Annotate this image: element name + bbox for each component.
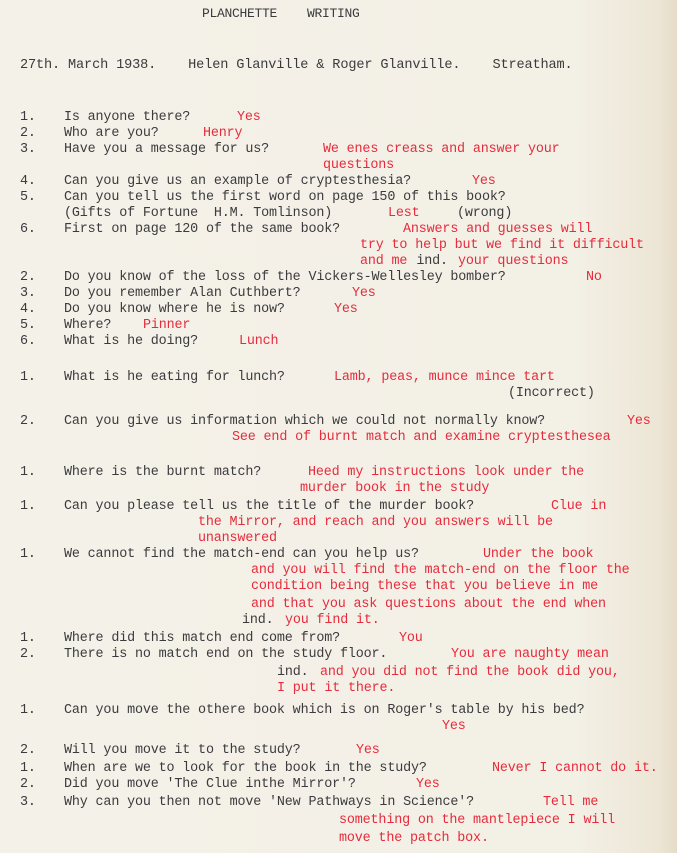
answer-text: Yes [356, 743, 380, 759]
page-title: PLANCHETTE WRITING [202, 6, 360, 22]
question-text: Is anyone there? [64, 110, 190, 126]
question-number: 3. [20, 142, 36, 158]
question-number: 1. [20, 703, 36, 719]
question-number: 2. [20, 777, 36, 793]
annotation-text: (Incorrect) [508, 386, 595, 402]
indecipherable-mark: ind. [416, 254, 448, 270]
session-date: 27th. March 1938. [20, 58, 156, 73]
typewritten-page: PLANCHETTE WRITING 27th. March 1938. Hel… [0, 0, 677, 853]
answer-text: your questions [458, 254, 568, 270]
answer-text: Yes [334, 302, 358, 318]
question-number: 1. [20, 465, 36, 481]
answer-text: condition being these that you believe i… [251, 579, 598, 595]
question-text: We cannot find the match-end can you hel… [64, 547, 419, 563]
answer-text: murder book in the study [300, 481, 489, 497]
question-text: Do you remember Alan Cuthbert? [64, 286, 301, 302]
question-number: 3. [20, 795, 36, 811]
question-text: Can you give us information which we cou… [64, 414, 545, 430]
answer-text: you find it. [285, 613, 380, 629]
answer-text: Heed my instructions look under the [308, 465, 584, 481]
indecipherable-mark: ind. [242, 613, 274, 629]
question-number: 1. [20, 761, 36, 777]
indecipherable-mark: ind. [277, 665, 309, 681]
answer-text: Lest [388, 206, 420, 222]
question-text: Do you know of the loss of the Vickers-W… [64, 270, 506, 286]
answer-text: Never I cannot do it. [492, 761, 658, 777]
answer-text: Yes [627, 414, 651, 430]
answer-text: Under the book [483, 547, 593, 563]
answer-text: unanswered [198, 531, 277, 547]
question-number: 4. [20, 174, 36, 190]
question-text: (Gifts of Fortune H.M. Tomlinson) [64, 206, 332, 222]
answer-text: Lunch [239, 334, 278, 350]
answer-text: Lamb, peas, munce mince tart [334, 370, 555, 386]
answer-text: and you will find the match-end on the f… [251, 563, 630, 579]
question-text: What is he doing? [64, 334, 198, 350]
question-number: 1. [20, 631, 36, 647]
answer-text: the Mirror, and reach and you answers wi… [198, 515, 553, 531]
question-number: 2. [20, 743, 36, 759]
question-text: Do you know where he is now? [64, 302, 285, 318]
answer-text: Tell me [543, 795, 598, 811]
answer-text: You [399, 631, 423, 647]
answer-text: I put it there. [277, 681, 395, 697]
question-number: 6. [20, 334, 36, 350]
answer-text: and that you ask questions about the end… [251, 597, 606, 613]
question-number: 5. [20, 190, 36, 206]
question-number: 2. [20, 126, 36, 142]
answer-text: Henry [203, 126, 242, 142]
answer-text: questions [323, 158, 394, 174]
question-text: Where did this match end come from? [64, 631, 340, 647]
question-number: 2. [20, 414, 36, 430]
question-number: 1. [20, 499, 36, 515]
answer-text: and me [360, 254, 415, 270]
question-text: There is no match end on the study floor… [64, 647, 387, 663]
session-place: Streatham. [492, 58, 572, 73]
annotation-text: (wrong) [457, 206, 512, 222]
question-text: What is he eating for lunch? [64, 370, 285, 386]
answer-text: See end of burnt match and examine crypt… [232, 430, 611, 446]
session-participants: Helen Glanville & Roger Glanville. [188, 58, 460, 73]
question-text: Where is the burnt match? [64, 465, 261, 481]
question-text: Can you tell us the first word on page 1… [64, 190, 506, 206]
answer-text: Pinner [143, 318, 190, 334]
question-text: Have you a message for us? [64, 142, 269, 158]
question-number: 1. [20, 370, 36, 386]
question-number: 6. [20, 222, 36, 238]
session-header: 27th. March 1938. Helen Glanville & Roge… [20, 58, 573, 74]
question-text: Where? [64, 318, 111, 334]
answer-text: move the patch box. [339, 831, 489, 847]
answer-text: something on the mantlepiece I will [339, 813, 615, 829]
answer-text: Clue in [551, 499, 606, 515]
question-text: Did you move 'The Clue inthe Mirror'? [64, 777, 356, 793]
question-number: 5. [20, 318, 36, 334]
answer-text: Yes [472, 174, 496, 190]
answer-text: try to help but we find it difficult [360, 238, 644, 254]
question-text: Who are you? [64, 126, 159, 142]
answer-text: Answers and guesses will [403, 222, 592, 238]
question-text: When are we to look for the book in the … [64, 761, 427, 777]
question-text: Can you move the othere book which is on… [64, 703, 584, 719]
question-number: 1. [20, 547, 36, 563]
answer-text: We enes creass and answer your [323, 142, 560, 158]
question-number: 2. [20, 647, 36, 663]
question-text: First on page 120 of the same book? [64, 222, 340, 238]
question-text: Can you give us an example of cryptesthe… [64, 174, 411, 190]
answer-text: Yes [352, 286, 376, 302]
answer-text: and you did not find the book did you, [320, 665, 620, 681]
answer-text: Yes [442, 719, 466, 735]
question-number: 4. [20, 302, 36, 318]
question-text: Can you please tell us the title of the … [64, 499, 474, 515]
question-number: 1. [20, 110, 36, 126]
question-text: Why can you then not move 'New Pathways … [64, 795, 474, 811]
question-text: Will you move it to the study? [64, 743, 301, 759]
question-number: 2. [20, 270, 36, 286]
answer-text: Yes [416, 777, 440, 793]
answer-text: You are naughty mean [451, 647, 609, 663]
question-number: 3. [20, 286, 36, 302]
answer-text: No [586, 270, 602, 286]
answer-text: Yes [237, 110, 261, 126]
